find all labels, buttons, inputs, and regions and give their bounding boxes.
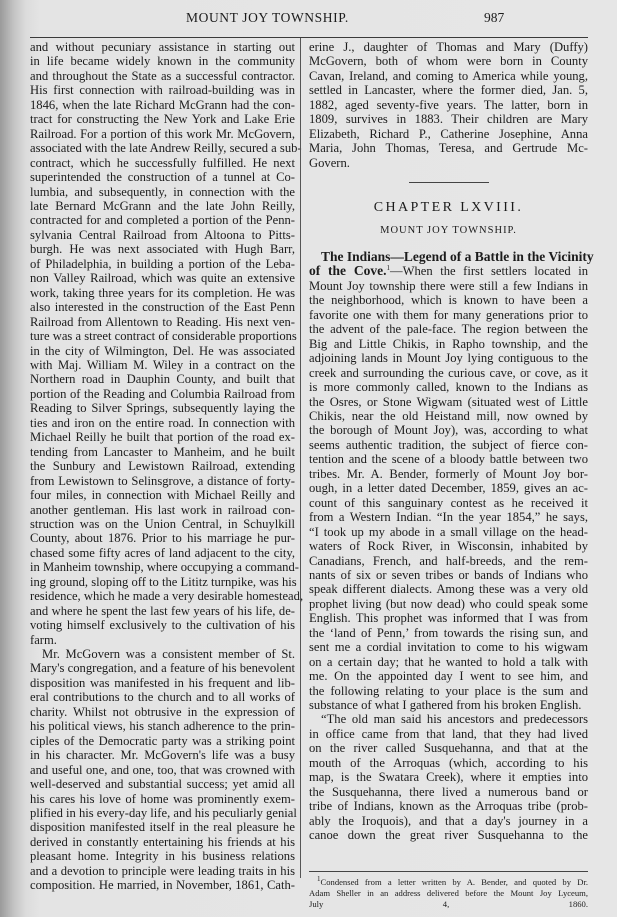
text-line: Chikis, near the old Heistand mill, now … — [309, 409, 588, 423]
text-line: struction was on the Union Central, in S… — [30, 517, 295, 531]
text-line: residence, which he made a very desirabl… — [30, 589, 295, 603]
text-line: 1809, survives in 1883. Their children a… — [309, 112, 588, 126]
text-line: the ‘land of Penn,’ from towards the ris… — [309, 626, 588, 640]
text-line: favorite one with them for many generati… — [309, 308, 588, 322]
text-line: chased some fifty acres of land adjacent… — [30, 546, 295, 560]
text-line: ing ground, sloping off to the Lititz tu… — [30, 575, 295, 589]
footnote-line: July 4, 1860. — [309, 899, 588, 910]
left-column: and without pecuniary assistance in star… — [30, 40, 295, 893]
text-line: also interested in the construction of t… — [30, 300, 295, 314]
right-column: erine J., daughter of Thomas and Mary (D… — [309, 40, 588, 843]
text-line: well-deserved and substantial success; y… — [30, 777, 295, 791]
text-line: the Sunbury and Lewistown Railroad, exte… — [30, 459, 295, 473]
page-number: 987 — [484, 10, 504, 26]
text-line: Elizabeth, Richard P., Catherine Josephi… — [309, 127, 588, 141]
text-line: plified in his every-day life, and his p… — [30, 806, 295, 820]
text-line: prophet living (but now dead) who could … — [309, 597, 588, 611]
text-line: tribe of Indians, known as the Arroquas … — [309, 799, 588, 813]
footnote: 1Condensed from a letter written by A. B… — [309, 877, 588, 910]
text-line: ties and iron on the entire road. In con… — [30, 416, 295, 430]
footnote-rule — [309, 871, 588, 872]
text-line: from Lewistown to Selinsgrove, a distanc… — [30, 474, 295, 488]
text-line: pleasant home. Integrity in his business… — [30, 849, 295, 863]
text-line: lumbia, and subsequently, in connection … — [30, 185, 295, 199]
text-line: Govern. — [309, 156, 588, 170]
text-line: in his character. Mr. McGovern's life wa… — [30, 748, 295, 762]
text-line: the Osres, or Stone Wigwam (situated wes… — [309, 395, 588, 409]
text-line: on the river called Susquehanna, and tha… — [309, 741, 588, 755]
text-line: 1846, when the late Richard McGrann had … — [30, 98, 295, 112]
running-head: MOUNT JOY TOWNSHIP. 987 — [0, 10, 617, 30]
text-line: map, is the Swatara Creek), where it emp… — [309, 770, 588, 784]
running-title: MOUNT JOY TOWNSHIP. — [186, 10, 349, 26]
text-line: eral contributions to the church and to … — [30, 690, 295, 704]
text-line: non Valley Railroad, which was quite an … — [30, 271, 295, 285]
text-line: derived in constantly entertaining his f… — [30, 835, 295, 849]
text-line: the neighborhood, which is known to have… — [309, 293, 588, 307]
text-line: adjoining lands in Mount Joy lying conti… — [309, 351, 588, 365]
text-line: the following relating to your place is … — [309, 684, 588, 698]
header-rule — [30, 37, 588, 38]
column-divider — [300, 38, 301, 878]
text-line: seems authentic tradition, the subject o… — [309, 438, 588, 452]
text-line: of Philadelphia, in building a portion o… — [30, 257, 295, 271]
text-line: Railroad. For a portion of this work Mr.… — [30, 127, 295, 141]
text-line: with Maj. William M. Wiley in a contract… — [30, 358, 295, 372]
section-heading-continued: of the Cove. — [309, 263, 386, 278]
text-line: erine J., daughter of Thomas and Mary (D… — [309, 40, 588, 54]
text-line: in Manheim township, where occupying a c… — [30, 560, 295, 574]
text-line: canoe down the great river Susquehanna t… — [309, 828, 588, 842]
text-line: farm. — [30, 633, 295, 647]
text-line: County, about 1876. Prior to his marriag… — [30, 531, 295, 545]
text-line: Northern road in Dauphin County, and bui… — [30, 372, 295, 386]
text-line: nants of six or seven tribes or bands of… — [309, 568, 588, 582]
text-line: contracted for and completed a portion o… — [30, 213, 295, 227]
text-line: and without pecuniary assistance in star… — [30, 40, 295, 54]
text-line: waters of Rock River, in Wisconsin, inha… — [309, 539, 588, 553]
text-line: Railroad from Allentown to Reading. His … — [30, 315, 295, 329]
section-heading-line-2: of the Cove.1—When the first settlers lo… — [309, 264, 588, 278]
text-line: Reading to Silver Springs, subsequently … — [30, 401, 295, 415]
text-line: me. On the appointed day I went to see h… — [309, 669, 588, 683]
biography-paragraph-3: erine J., daughter of Thomas and Mary (D… — [309, 40, 588, 170]
text-line: mouth of the Arroquas (which, according … — [309, 756, 588, 770]
biography-paragraph-1: and without pecuniary assistance in star… — [30, 40, 295, 647]
text-line: tention and the scene of a bloody battle… — [309, 452, 588, 466]
text-line: Mary's congregation, and a feature of hi… — [30, 661, 295, 675]
text-line: and where he spent the last few years of… — [30, 604, 295, 618]
text-line: McGovern, both of whom were born in Coun… — [309, 54, 588, 68]
text-line: voting himself exclusively to the cultiv… — [30, 618, 295, 632]
chapter-subtitle: MOUNT JOY TOWNSHIP. — [309, 224, 588, 238]
text-line: work, taking three years for its complet… — [30, 286, 295, 300]
prophet-paragraph: “The old man said his ancestors and pred… — [309, 712, 588, 842]
text-line: “I took up my abode in a small village o… — [309, 525, 588, 539]
text-line: disposition was manifested in his freque… — [30, 676, 295, 690]
text-line: sent me a cordial invitation to come to … — [309, 640, 588, 654]
text-line: burgh. He was next associated with Hugh … — [30, 242, 295, 256]
text-line: the advent of the pale-face. The region … — [309, 322, 588, 336]
text-line: count of this sanguinary contest as he r… — [309, 496, 588, 510]
biography-paragraph-2: Mr. McGovern was a consistent member of … — [30, 647, 295, 893]
text-line: composition. He married, in November, 18… — [30, 878, 295, 892]
indians-paragraph: Mount Joy township there were still a fe… — [309, 279, 588, 713]
text-line: ably the Iroquois), and that a day's jou… — [309, 814, 588, 828]
text-line: on a certain day; that he wanted to hold… — [309, 655, 588, 669]
section-opening: The Indians—Legend of a Battle in the Vi… — [309, 250, 588, 279]
text-line: charity. Whilst not obtrusive in the exp… — [30, 705, 295, 719]
section-text-start: —When the first settlers located in — [390, 264, 588, 278]
text-line: in life became widely known in the commu… — [30, 54, 295, 68]
text-line: Maria, John Thomas, Teresa, and Gertrude… — [309, 141, 588, 155]
footnote-text: Condensed from a letter written by A. Be… — [321, 877, 589, 887]
text-line: and a devotion to principle were leading… — [30, 864, 295, 878]
text-line: Michael Reilly he built that portion of … — [30, 430, 295, 444]
text-line: and useful one, and one, too, that was c… — [30, 763, 295, 777]
text-line: Canadians, French, and half-breeds, and … — [309, 554, 588, 568]
text-line: his political views, his stanch adherenc… — [30, 719, 295, 733]
chapter-title: CHAPTER LXVIII. — [309, 201, 588, 215]
book-page: MOUNT JOY TOWNSHIP. 987 and without pecu… — [0, 0, 617, 917]
text-line: superintended the construction of a tunn… — [30, 170, 295, 184]
text-line: ture was a street contract of considerab… — [30, 329, 295, 343]
text-line: ough, in a letter dated December, 1859, … — [309, 481, 588, 495]
text-line: sylvania Central Railroad from Altoona t… — [30, 228, 295, 242]
text-line: 1882, aged seventy-five years. The latte… — [309, 98, 588, 112]
text-line: in office came from that land, that they… — [309, 727, 588, 741]
text-line: English. This prophet was informed that … — [309, 611, 588, 625]
section-heading-line-1: The Indians—Legend of a Battle in the Vi… — [309, 250, 588, 264]
text-line: “The old man said his ancestors and pred… — [309, 712, 588, 726]
text-line: Mount Joy township there were still a fe… — [309, 279, 588, 293]
text-line: Mr. McGovern was a consistent member of … — [30, 647, 295, 661]
text-line: another gentleman. His last work in rail… — [30, 503, 295, 517]
text-line: is more commonly called, known to the In… — [309, 380, 588, 394]
text-line: creek and surrounding the curious cave, … — [309, 366, 588, 380]
text-line: portion of the Reading and Columbia Rail… — [30, 387, 295, 401]
text-line: speak different dialects. Among these wa… — [309, 582, 588, 596]
section-heading: The Indians—Legend of a Battle in the Vi… — [321, 249, 594, 264]
text-line: his cares his love of home was prominent… — [30, 792, 295, 806]
text-line: the borough of Mount Joy), was, accordin… — [309, 423, 588, 437]
text-line: Cavan, Ireland, and coming to America wh… — [309, 69, 588, 83]
text-line: substance of what I gathered from his br… — [309, 698, 588, 712]
footnote-line: 1Condensed from a letter written by A. B… — [309, 877, 588, 888]
text-line: the Susquehanna, there lived a numerous … — [309, 785, 588, 799]
text-line: tribes. Mr. A. Bender, formerly of Mount… — [309, 467, 588, 481]
text-line: Big and Little Chikis, in Rapho township… — [309, 337, 588, 351]
text-line: four miles, in connection with Michael R… — [30, 488, 295, 502]
text-line: ciples of the Democratic party was a str… — [30, 734, 295, 748]
text-line: disposition manifested itself in the rea… — [30, 820, 295, 834]
text-line: contract, which he successfully fulfille… — [30, 156, 295, 170]
text-line: tract for constructing the New York and … — [30, 112, 295, 126]
text-line: and throughout the State as a successful… — [30, 69, 295, 83]
text-line: settled in Lancaster, where the former d… — [309, 83, 588, 97]
footnote-line: Adam Sheller in an address delivered bef… — [309, 888, 588, 899]
text-line: from a Western Indian. “In the year 1854… — [309, 510, 588, 524]
text-line: tending from Lancaster to Manheim, and h… — [30, 445, 295, 459]
text-line: His first connection with railroad-build… — [30, 83, 295, 97]
section-rule — [409, 182, 489, 183]
text-line: associated with the late Andrew Reilly, … — [30, 141, 295, 155]
text-line: late Bernard McGrann and the late John R… — [30, 199, 295, 213]
text-line: in the city of Wilmington, Del. He was a… — [30, 344, 295, 358]
